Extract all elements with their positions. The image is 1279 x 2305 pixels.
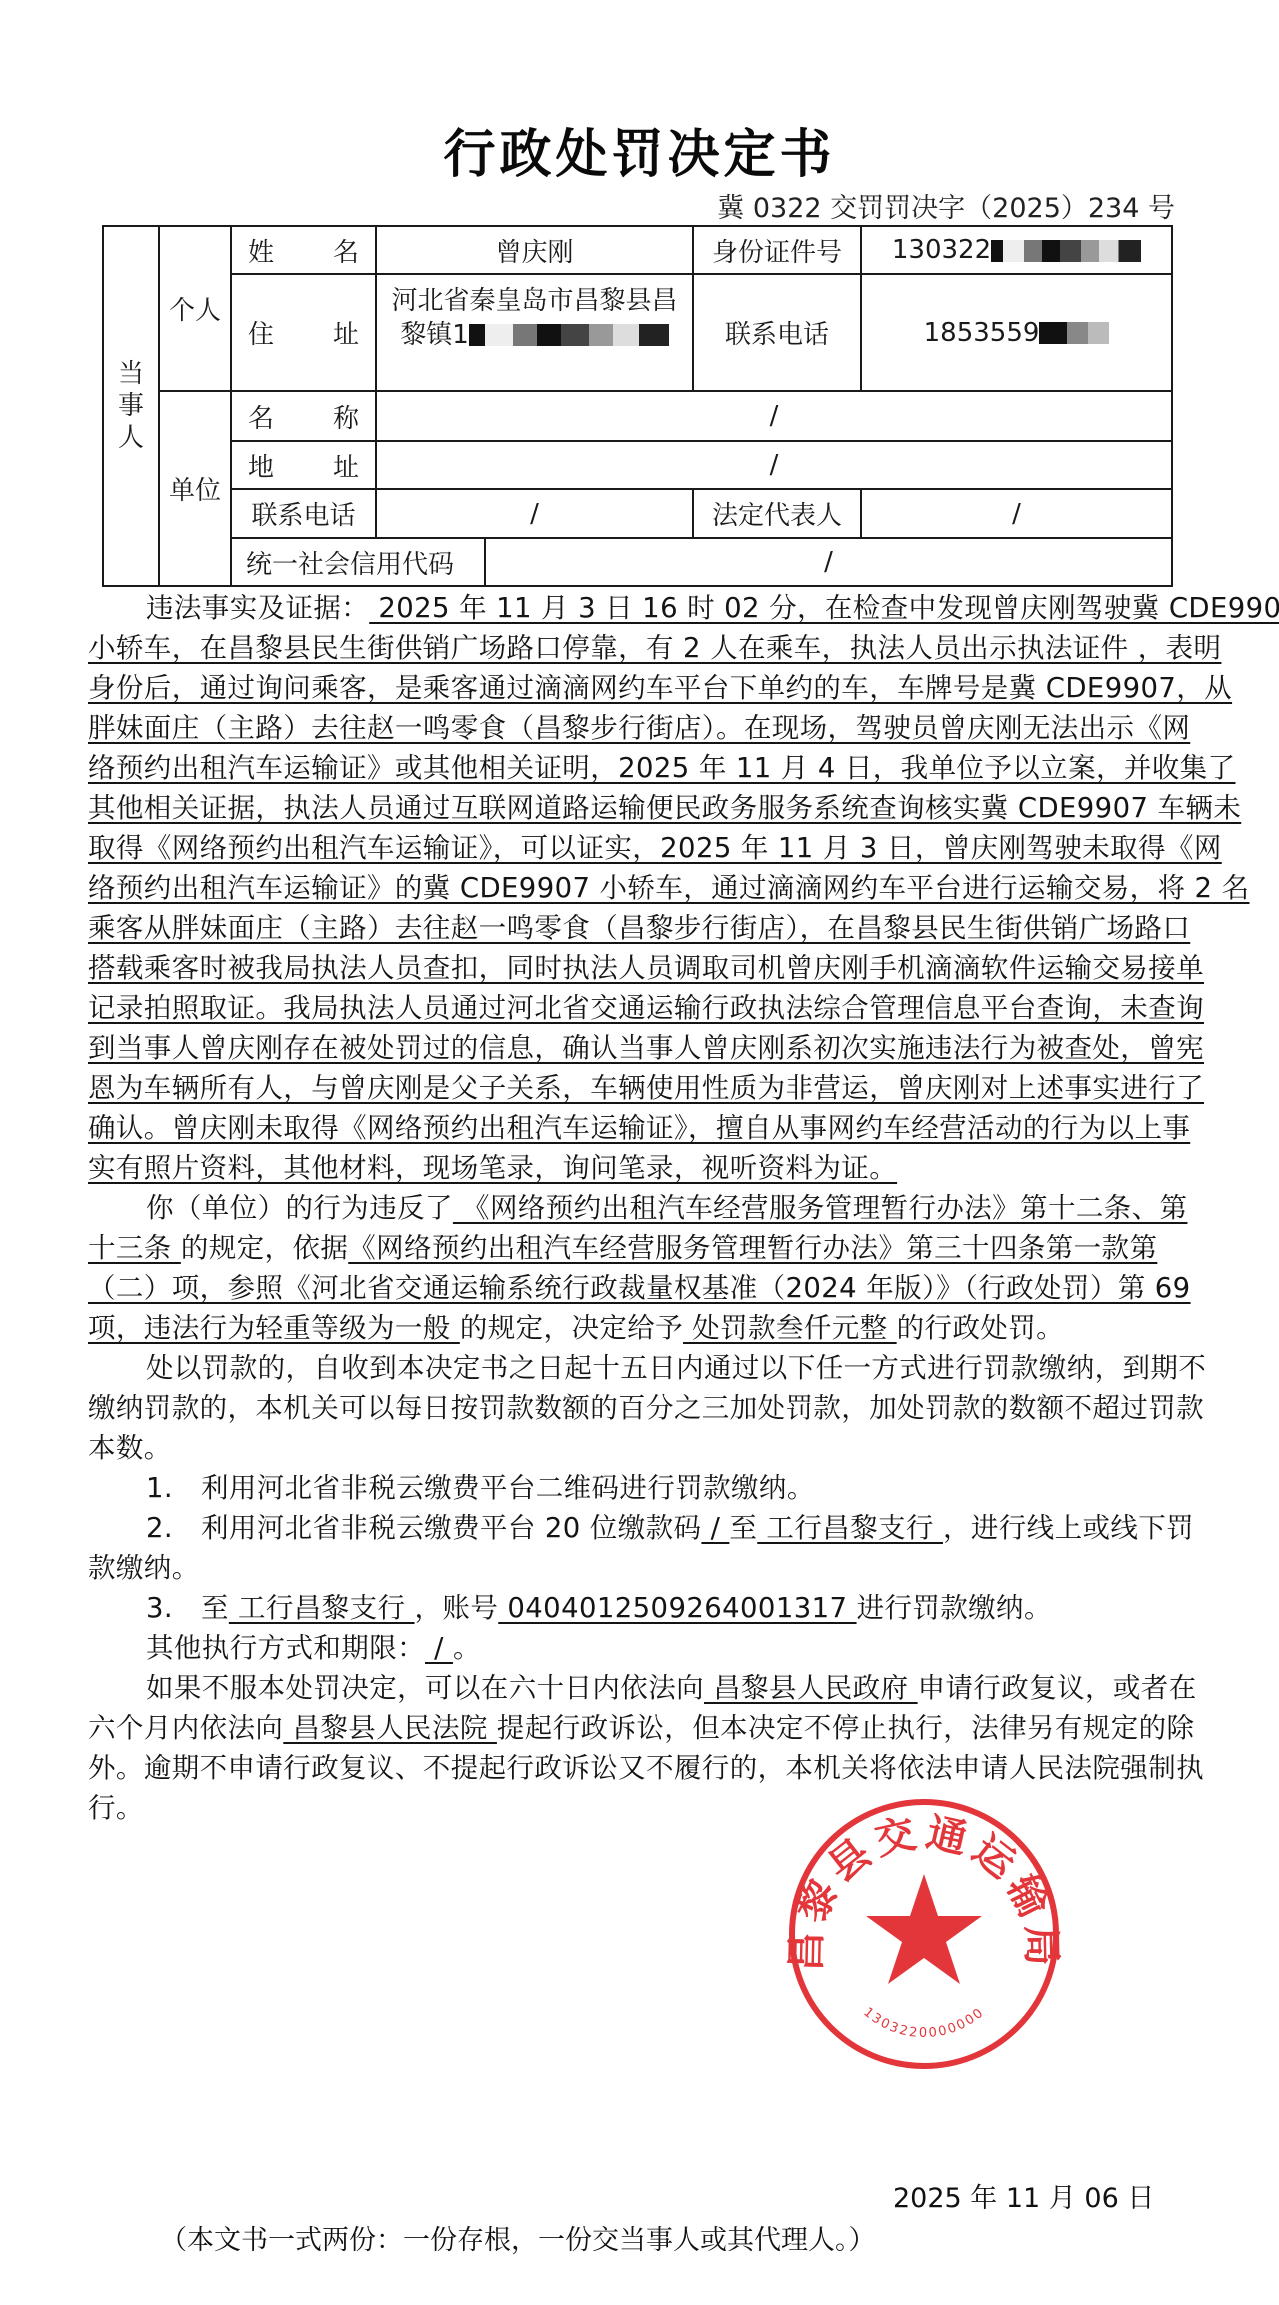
body-line: 络预约出租汽车运输证》的冀 CDE9907 小轿车，通过滴滴网约车平台进行运输交… (88, 868, 1178, 908)
body-line: 到当事人曾庆刚存在被处罚过的信息，确认当事人曾庆刚系初次实施违法行为被查处，曾宪 (88, 1028, 1178, 1068)
body-text-segment: 提起行政诉讼，但本决定不停止执行，法律另有规定的除 (497, 1712, 1195, 1744)
body-line: 缴纳罚款的，本机关可以每日按罚款数额的百分之三加处罚款，加处罚款的数额不超过罚款 (88, 1388, 1178, 1428)
body-text-segment: 的规定，依据 (181, 1232, 348, 1264)
body-text-segment: 如果不服本处罚决定，可以在六十日内依法向 (146, 1672, 704, 1704)
unit-address-value: / (376, 441, 1172, 489)
filled-field: 到当事人曾庆刚存在被处罚过的信息，确认当事人曾庆刚系初次实施违法行为被查处，曾宪 (88, 1032, 1204, 1064)
body-line: 款缴纳。 (88, 1548, 1178, 1588)
body-line: 取得《网络预约出租汽车运输证》，可以证实，2025 年 11 月 3 日，曾庆刚… (88, 828, 1178, 868)
body-line: 乘客从胖妹面庄（主路）去往赵一鸣零食（昌黎步行街店），在昌黎县民生街供销广场路口 (88, 908, 1178, 948)
copies-note: （本文书一式两份：一份存根，一份交当事人或其代理人。） (160, 2218, 876, 2257)
credit-code-label: 统一社会信用代码 (231, 538, 485, 586)
filled-field: 实有照片资料，其他材料，现场笔录，询问笔录，视听资料为证。 (88, 1152, 897, 1184)
unit-address-label: 地址 (231, 441, 376, 489)
filled-field: 《网络预约出租汽车经营服务管理暂行办法》第十二条、第 (453, 1192, 1188, 1224)
official-seal-icon: 昌黎县交通运输局 1303220000000 (786, 1796, 1062, 2072)
seal-code: 1303220000000 (860, 2005, 987, 2041)
filled-field: （二）项，参照《河北省交通运输系统行政裁量权基准（2024 年版）》（行政处罚）… (88, 1272, 1191, 1304)
body-text-segment: 缴纳罚款的，本机关可以每日按罚款数额的百分之三加处罚款，加处罚款的数额不超过罚款 (88, 1392, 1204, 1424)
body-line: 小轿车，在昌黎县民生街供销广场路口停靠，有 2 人在乘车，执法人员出示执法证件 … (88, 628, 1178, 668)
id-label: 身份证件号 (693, 226, 861, 274)
unit-phone-label: 联系电话 (231, 489, 376, 538)
redacted-block (469, 324, 669, 346)
issue-date: 2025 年 11 月 06 日 (893, 2176, 1154, 2215)
phone-label: 联系电话 (693, 274, 861, 391)
svg-text:1303220000000: 1303220000000 (860, 2005, 987, 2041)
body-text-segment: 3. 至 (146, 1592, 229, 1624)
body-line: 处以罚款的，自收到本决定书之日起十五日内通过以下任一方式进行罚款缴纳，到期不 (88, 1348, 1178, 1388)
unit-name-label: 名称 (231, 391, 376, 441)
filled-field: 项，违法行为轻重等级为一般 (88, 1312, 460, 1344)
body-line: 确认。曾庆刚未取得《网络预约出租汽车运输证》，擅自从事网约车经营活动的行为以上事 (88, 1108, 1178, 1148)
filled-field: 2025 年 11 月 3 日 16 时 02 分，在检查中发现曾庆刚驾驶冀 C… (369, 592, 1279, 624)
id-value: 130322 (861, 226, 1172, 274)
filled-field: 乘客从胖妹面庄（主路）去往赵一鸣零食（昌黎步行街店），在昌黎县民生街供销广场路口 (88, 912, 1190, 944)
phone-value: 1853559 (861, 274, 1172, 391)
name-label: 姓名 (231, 226, 376, 274)
filled-field: 小轿车，在昌黎县民生街供销广场路口停靠，有 2 人在乘车，执法人员出示执法证件 … (88, 632, 1221, 664)
redacted-block (1039, 322, 1109, 344)
filled-field: 络预约出租汽车运输证》或其他相关证明，2025 年 11 月 4 日，我单位予以… (88, 752, 1235, 784)
body-text-segment: 款缴纳。 (88, 1552, 200, 1584)
party-info-table: 当事人 个人 姓名 曾庆刚 身份证件号 130322 住址 河北省秦皇岛市昌黎县… (102, 225, 1173, 587)
body-text-segment: 其他执行方式和期限： (146, 1632, 425, 1664)
filled-field: 络预约出租汽车运输证》的冀 CDE9907 小轿车，通过滴滴网约车平台进行运输交… (88, 872, 1250, 904)
body-line: （二）项，参照《河北省交通运输系统行政裁量权基准（2024 年版）》（行政处罚）… (88, 1268, 1178, 1308)
filled-field: 处罚款叁仟元整 (683, 1312, 897, 1344)
body-text-segment: 的行政处罚。 (897, 1312, 1064, 1344)
body-line: 身份后，通过询问乘客，是乘客通过滴滴网约车平台下单约的车，车牌号是冀 CDE99… (88, 668, 1178, 708)
body-text-segment: 的规定，决定给予 (460, 1312, 683, 1344)
body-text-segment: 本数。 (88, 1432, 172, 1464)
filled-field: 确认。曾庆刚未取得《网络预约出租汽车运输证》，擅自从事网约车经营活动的行为以上事 (88, 1112, 1190, 1144)
body-line: 如果不服本处罚决定，可以在六十日内依法向 昌黎县人民政府 申请行政复议，或者在 (88, 1668, 1178, 1708)
body-text-segment: 处以罚款的，自收到本决定书之日起十五日内通过以下任一方式进行罚款缴纳，到期不 (146, 1352, 1206, 1384)
body-line: 其他执行方式和期限： / 。 (88, 1628, 1178, 1668)
body-line: 络预约出租汽车运输证》或其他相关证明，2025 年 11 月 4 日，我单位予以… (88, 748, 1178, 788)
body-text-segment: 。 (453, 1632, 481, 1664)
name-value: 曾庆刚 (376, 226, 693, 274)
body-line: 实有照片资料，其他材料，现场笔录，询问笔录，视听资料为证。 (88, 1148, 1178, 1188)
credit-code-value: / (485, 538, 1172, 586)
body-text-segment: 六个月内依法向 (88, 1712, 283, 1744)
decision-body: 违法事实及证据： 2025 年 11 月 3 日 16 时 02 分，在检查中发… (88, 588, 1178, 1828)
body-line: 胖妹面庄（主路）去往赵一鸣零食（昌黎步行街店）。在现场，驾驶员曾庆刚无法出示《网 (88, 708, 1178, 748)
body-line: 恩为车辆所有人，与曾庆刚是父子关系，车辆使用性质为非营运，曾庆刚对上述事实进行了 (88, 1068, 1178, 1108)
body-text-segment: 2. 利用河北省非税云缴费平台 20 位缴款码 (146, 1512, 701, 1544)
filled-field: 身份后，通过询问乘客，是乘客通过滴滴网约车平台下单约的车，车牌号是冀 CDE99… (88, 672, 1232, 704)
body-text-segment: ，账号 (415, 1592, 499, 1624)
body-text-segment: 你（单位）的行为违反了 (146, 1192, 453, 1224)
address-value: 河北省秦皇岛市昌黎县昌 黎镇1 (376, 274, 693, 391)
body-text-segment: 行。 (88, 1792, 144, 1824)
document-number: 冀 0322 交罚罚决字（2025）234 号 (717, 186, 1175, 225)
party-label: 当事人 (103, 226, 159, 586)
body-line: 你（单位）的行为违反了 《网络预约出租汽车经营服务管理暂行办法》第十二条、第 (88, 1188, 1178, 1228)
filled-field: 0404012509264001317 (498, 1592, 856, 1624)
body-text-segment: 1. 利用河北省非税云缴费平台二维码进行罚款缴纳。 (146, 1472, 815, 1504)
body-line: 搭载乘客时被我局执法人员查扣，同时执法人员调取司机曾庆刚手机滴滴软件运输交易接单 (88, 948, 1178, 988)
filled-field: 其他相关证据，执法人员通过互联网道路运输便民政务服务系统查询核实冀 CDE990… (88, 792, 1241, 824)
body-line: 违法事实及证据： 2025 年 11 月 3 日 16 时 02 分，在检查中发… (88, 588, 1178, 628)
body-line: 1. 利用河北省非税云缴费平台二维码进行罚款缴纳。 (88, 1468, 1178, 1508)
body-line: 其他相关证据，执法人员通过互联网道路运输便民政务服务系统查询核实冀 CDE990… (88, 788, 1178, 828)
filled-field: 十三条 (88, 1232, 181, 1264)
legal-rep-label: 法定代表人 (693, 489, 861, 538)
body-line: 项，违法行为轻重等级为一般 的规定，决定给予 处罚款叁仟元整 的行政处罚。 (88, 1308, 1178, 1348)
body-line: 十三条 的规定，依据《网络预约出租汽车经营服务管理暂行办法》第三十四条第一款第 (88, 1228, 1178, 1268)
filled-field: 胖妹面庄（主路）去往赵一鸣零食（昌黎步行街店）。在现场，驾驶员曾庆刚无法出示《网 (88, 712, 1190, 744)
filled-field: / (701, 1512, 729, 1544)
body-line: 记录拍照取证。我局执法人员通过河北省交通运输行政执法综合管理信息平台查询，未查询 (88, 988, 1178, 1028)
body-line: 外。逾期不申请行政复议、不提起行政诉讼又不履行的，本机关将依法申请人民法院强制执 (88, 1748, 1178, 1788)
filled-field: 昌黎县人民政府 (704, 1672, 918, 1704)
body-text-segment: 至 (729, 1512, 757, 1544)
filled-field: 工行昌黎支行 (229, 1592, 415, 1624)
unit-name-value: / (376, 391, 1172, 441)
redacted-block (991, 240, 1141, 262)
address-label: 住址 (231, 274, 376, 391)
filled-field: 《网络预约出租汽车经营服务管理暂行办法》第三十四条第一款第 (348, 1232, 1157, 1264)
filled-field: 搭载乘客时被我局执法人员查扣，同时执法人员调取司机曾庆刚手机滴滴软件运输交易接单 (88, 952, 1204, 984)
body-line: 本数。 (88, 1428, 1178, 1468)
unit-label: 单位 (159, 391, 231, 586)
document-title: 行政处罚决定书 (0, 112, 1279, 187)
body-text-segment: 进行罚款缴纳。 (857, 1592, 1052, 1624)
individual-label: 个人 (159, 226, 231, 391)
body-text-segment: 外。逾期不申请行政复议、不提起行政诉讼又不履行的，本机关将依法申请人民法院强制执 (88, 1752, 1204, 1784)
filled-field: / (425, 1632, 453, 1664)
body-text-segment: 违法事实及证据： (146, 592, 369, 624)
body-line: 2. 利用河北省非税云缴费平台 20 位缴款码 / 至 工行昌黎支行 ，进行线上… (88, 1508, 1178, 1548)
legal-rep-value: / (861, 489, 1172, 538)
filled-field: 记录拍照取证。我局执法人员通过河北省交通运输行政执法综合管理信息平台查询，未查询 (88, 992, 1204, 1024)
filled-field: 工行昌黎支行 (757, 1512, 943, 1544)
body-text-segment: 申请行政复议，或者在 (918, 1672, 1197, 1704)
filled-field: 昌黎县人民法院 (283, 1712, 497, 1744)
filled-field: 恩为车辆所有人，与曾庆刚是父子关系，车辆使用性质为非营运，曾庆刚对上述事实进行了 (88, 1072, 1204, 1104)
body-line: 3. 至 工行昌黎支行 ，账号 0404012509264001317 进行罚款… (88, 1588, 1178, 1628)
body-line: 六个月内依法向 昌黎县人民法院 提起行政诉讼，但本决定不停止执行，法律另有规定的… (88, 1708, 1178, 1748)
unit-phone-value: / (376, 489, 693, 538)
body-text-segment: ，进行线上或线下罚 (943, 1512, 1194, 1544)
filled-field: 取得《网络预约出租汽车运输证》，可以证实，2025 年 11 月 3 日，曾庆刚… (88, 832, 1222, 864)
